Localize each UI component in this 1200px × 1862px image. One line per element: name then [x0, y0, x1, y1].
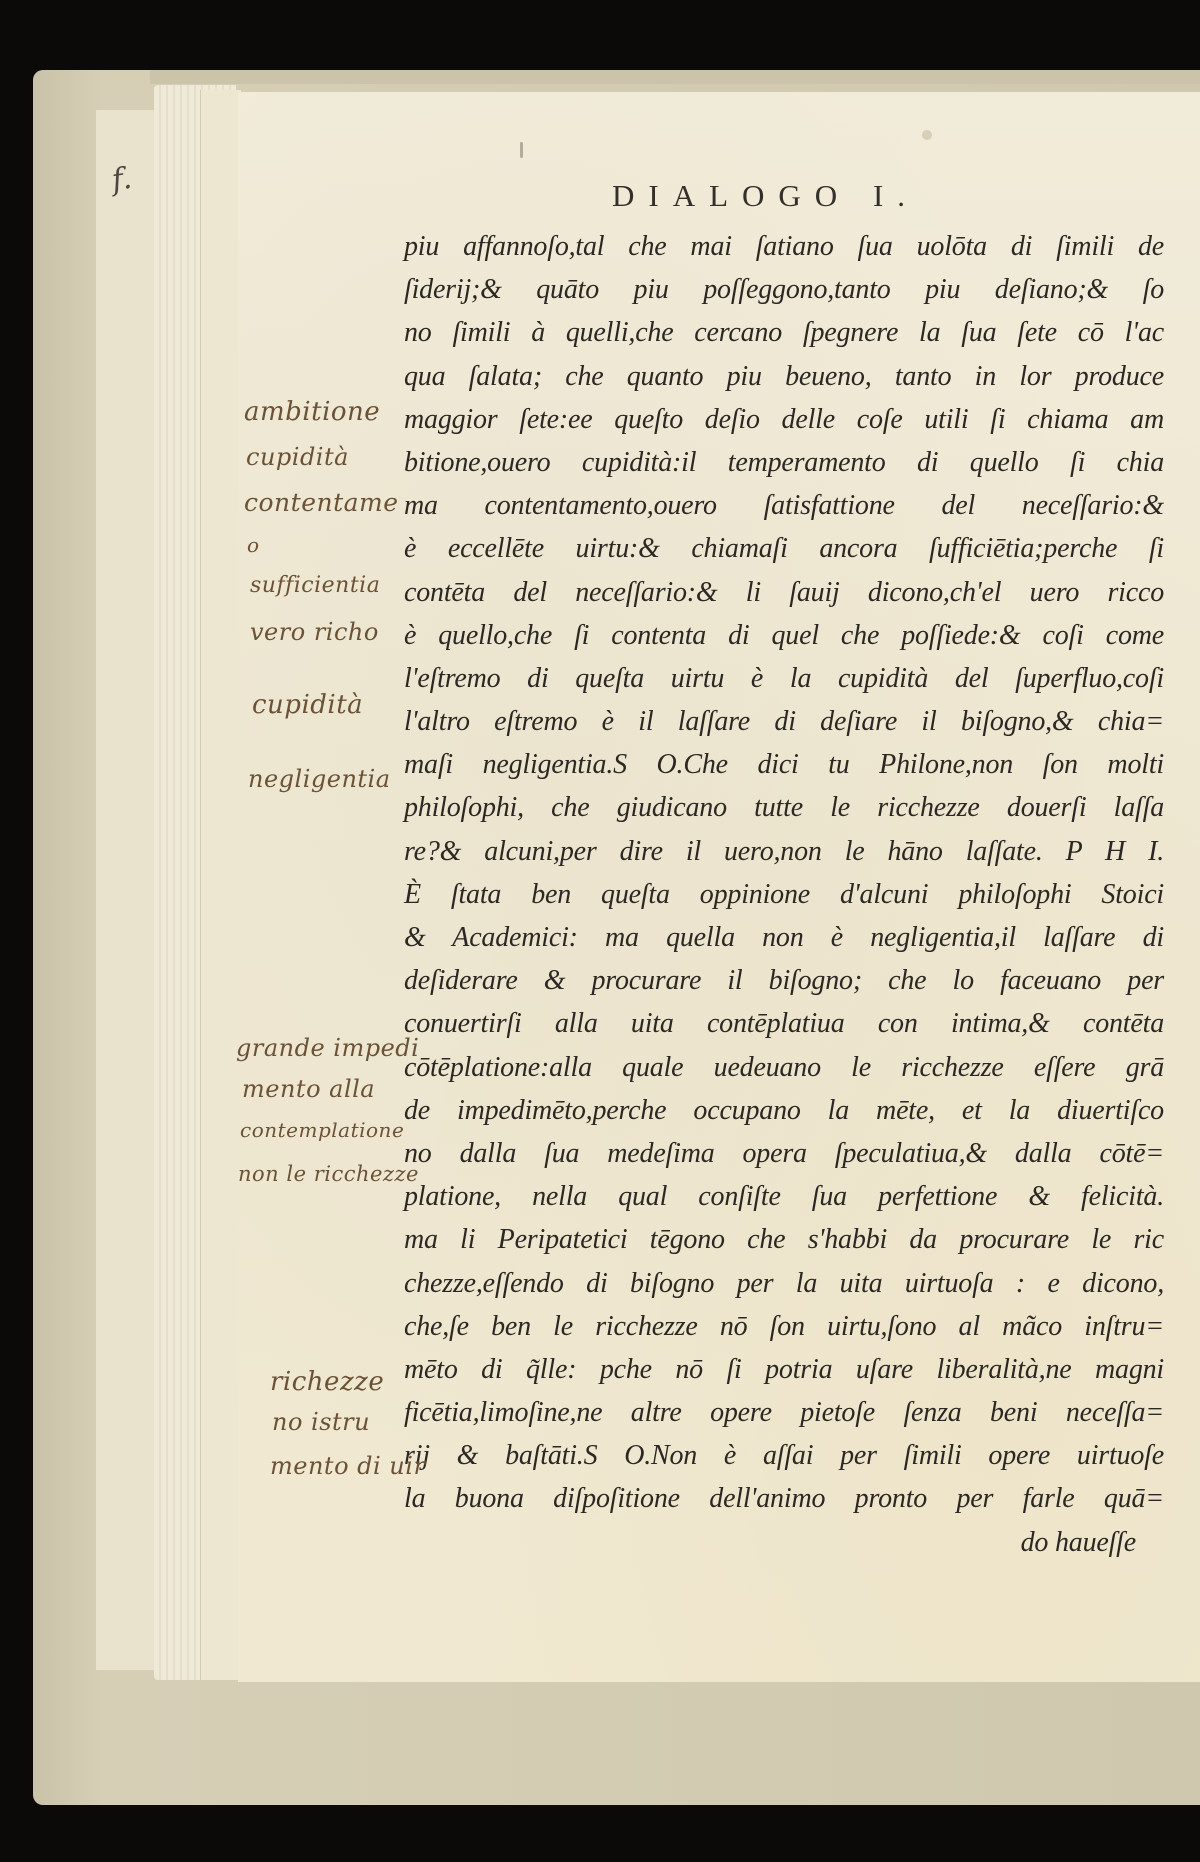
text-line: ſiderij;& quāto piu poſſeggono,tanto piu… [404, 268, 1164, 311]
text-line: platione, nella qual conſiſte ſua perfet… [404, 1175, 1164, 1218]
pencil-folio-mark: f. [110, 161, 134, 198]
margin-note: sufficientia [250, 573, 380, 598]
catchword: do haueſſe [404, 1521, 1164, 1564]
text-line: bitione,ouero cupidità:il temperamento d… [404, 441, 1164, 484]
ink-spot [520, 142, 523, 158]
margin-note: ambitione [244, 397, 380, 427]
text-line: ficētia,limoſine,ne altre opere pietoſe … [404, 1391, 1164, 1434]
text-line: de impedimēto,perche occupano la mēte, e… [404, 1089, 1164, 1132]
text-line: conuertirſi alla uita contēplatiua con i… [404, 1002, 1164, 1045]
text-line: ma li Peripatetici tēgono che s'habbi da… [404, 1218, 1164, 1261]
margin-note: richezze [270, 1367, 384, 1397]
margin-note: negligentia [248, 765, 391, 793]
margin-note: contemplatione [240, 1118, 404, 1142]
margin-note: mento di uir [270, 1452, 425, 1480]
text-line: deſiderare & procurare il biſogno; che l… [404, 959, 1164, 1002]
margin-note: grande impedi [236, 1034, 419, 1062]
margin-note: vero richo [250, 618, 379, 646]
text-line: contēta del neceſſario:& li ſauij dicono… [404, 571, 1164, 614]
margin-note: non le ricchezze [238, 1162, 419, 1186]
running-head: DIALOGO I. [612, 178, 919, 214]
margin-note: contentame [244, 488, 399, 517]
text-line: è eccellēte uirtu:& chiamaſi ancora ſuff… [404, 527, 1164, 570]
text-line: & Academici: ma quella non è negligentia… [404, 916, 1164, 959]
text-line: l'eſtremo di queſta uirtu è la cupidità … [404, 657, 1164, 700]
margin-note: o [247, 533, 260, 557]
text-line: no ſimili à quelli,che cercano ſpegnere … [404, 311, 1164, 354]
text-line: È ſtata ben queſta oppinione d'alcuni ph… [404, 873, 1164, 916]
text-line: l'altro eſtremo è il laſſare di deſiare … [404, 700, 1164, 743]
text-line: no dalla ſua medeſima opera ſpeculatiua,… [404, 1132, 1164, 1175]
text-line: ma contentamento,ouero ſatisfattione del… [404, 484, 1164, 527]
text-line: cōtēplatione:alla quale uedeuano le ricc… [404, 1046, 1164, 1089]
text-line: qua ſalata; che quanto piu beueno, tanto… [404, 355, 1164, 398]
body-text: piu affannoſo,tal che mai ſatiano ſua uo… [404, 225, 1164, 1564]
margin-note: no istru [272, 1408, 370, 1436]
margin-note: mento alla [242, 1075, 375, 1103]
binding-turn-in [96, 110, 155, 1670]
inner-page-edge [200, 90, 241, 1680]
text-line: mēto di q̃lle: pche nō ſi potria uſare l… [404, 1348, 1164, 1391]
text-line: che,ſe ben le ricchezze nō ſon uirtu,ſon… [404, 1305, 1164, 1348]
text-line: rij & baſtāti.S O.Non è aſſai per ſimili… [404, 1434, 1164, 1477]
text-line: chezze,eſſendo di biſogno per la uita ui… [404, 1262, 1164, 1305]
text-line: maggior ſete:ee queſto deſio delle coſe … [404, 398, 1164, 441]
ink-spot [922, 130, 932, 140]
text-line: philoſophi, che giudicano tutte le ricch… [404, 786, 1164, 829]
text-line: re?& alcuni,per dire il uero,non le hāno… [404, 830, 1164, 873]
text-line: piu affannoſo,tal che mai ſatiano ſua uo… [404, 225, 1164, 268]
margin-note: cupidità [252, 690, 363, 720]
margin-note: cupidità [246, 443, 349, 471]
text-line: è quello,che ſi contenta di quel che poſ… [404, 614, 1164, 657]
text-line: la buona diſpoſitione dell'animo pronto … [404, 1477, 1164, 1520]
text-line: maſi negligentia.S O.Che dici tu Philone… [404, 743, 1164, 786]
binding-top-edge [150, 70, 1200, 84]
